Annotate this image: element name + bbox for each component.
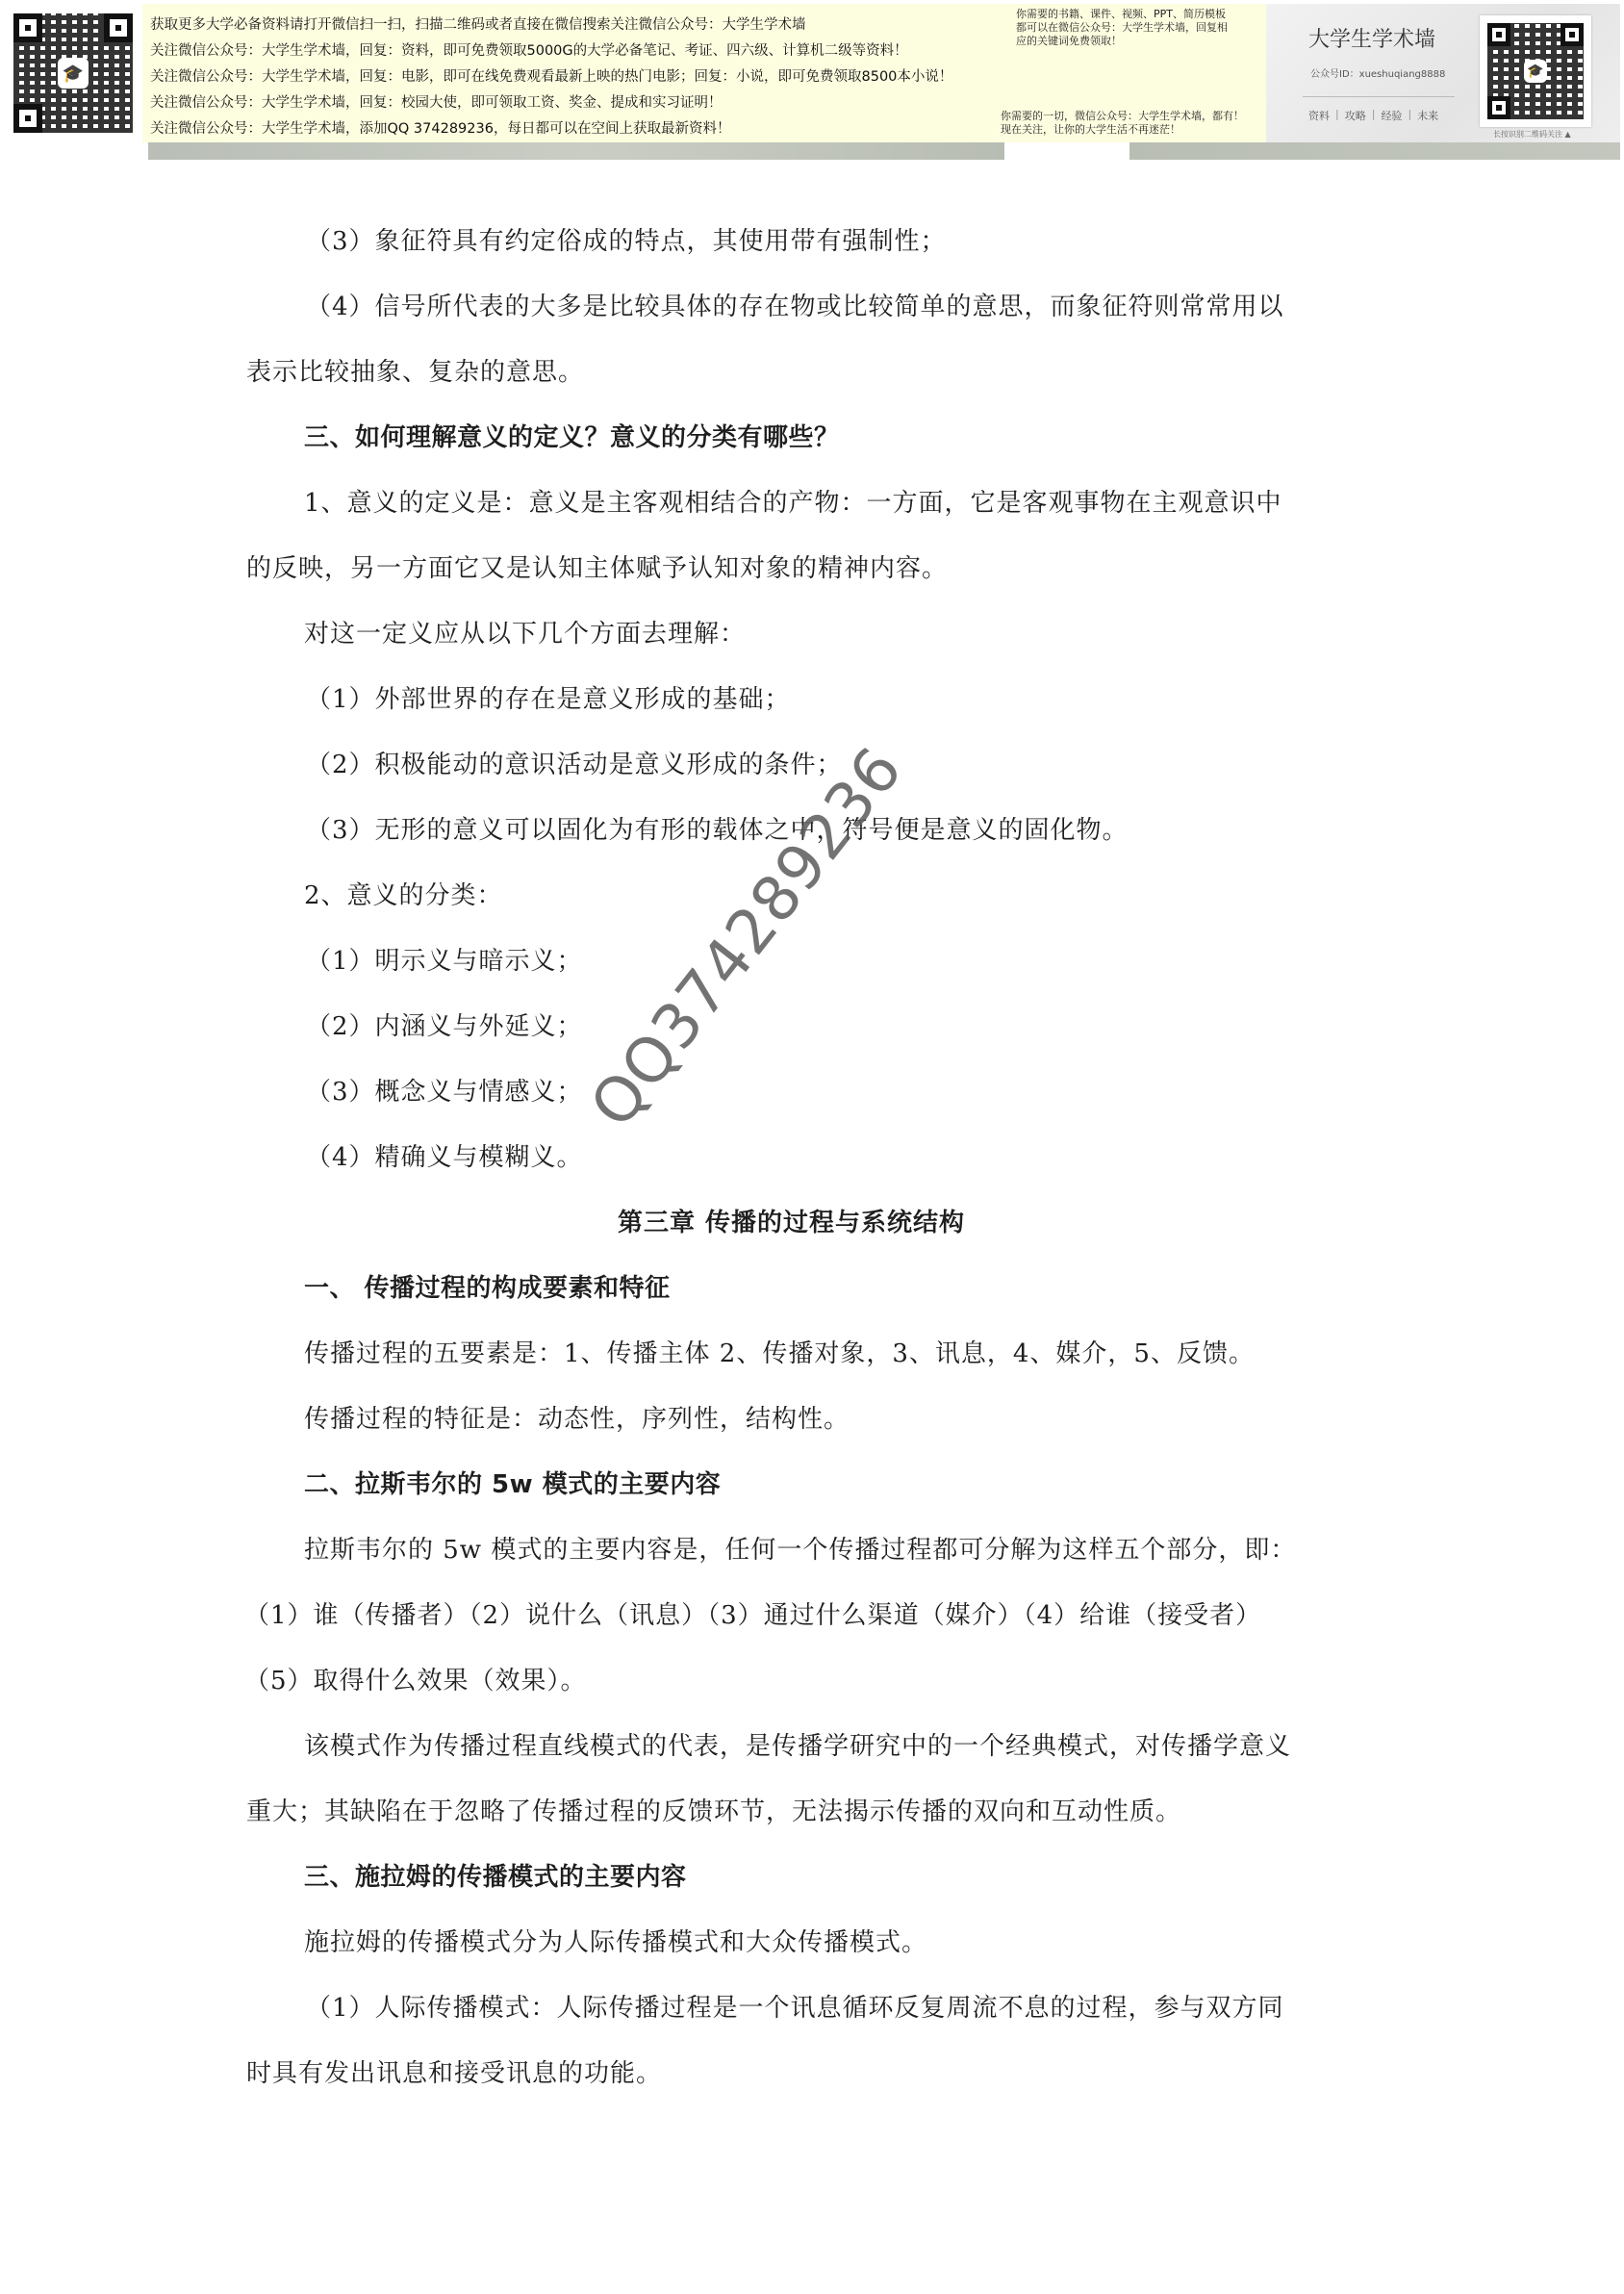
paragraph: 表示比较抽象、复杂的意思。 [246, 358, 584, 387]
paragraph: （4）信号所代表的大多是比较具体的存在物或比较简单的意思，而象征符则常常用以 [306, 293, 1284, 321]
paragraph: 该模式作为传播过程直线模式的代表，是传播学研究中的一个经典模式，对传播学意义 [304, 1732, 1291, 1761]
section-heading: 三、如何理解意义的定义？意义的分类有哪些？ [304, 423, 840, 452]
chapter-title: 第三章 传播的过程与系统结构 [618, 1209, 965, 1237]
paragraph: 传播过程的特征是：动态性，序列性，结构性。 [304, 1405, 850, 1434]
list-item: （4）精确义与模糊义。 [306, 1143, 583, 1172]
paragraph: 的反映，另一方面它又是认知主体赋予认知对象的精神内容。 [246, 554, 948, 583]
list-item: （3）概念义与情感义； [306, 1078, 583, 1107]
paragraph: 对这一定义应从以下几个方面去理解： [304, 620, 746, 649]
paragraph: （2）积极能动的意识活动是意义形成的条件； [306, 751, 843, 779]
paragraph: （1）人际传播模式：人际传播过程是一个讯息循环反复周流不息的过程，参与双方同 [306, 1994, 1284, 2023]
paragraph: 重大；其缺陷在于忽略了传播过程的反馈环节，无法揭示传播的双向和互动性质。 [246, 1797, 1181, 1826]
paragraph: 传播过程的五要素是：1、传播主体 2、传播对象，3、讯息，4、媒介，5、反馈。 [304, 1339, 1255, 1368]
section-heading: 一、 传播过程的构成要素和特征 [304, 1274, 671, 1303]
paragraph: 2、意义的分类： [304, 881, 503, 910]
paragraph: 施拉姆的传播模式分为人际传播模式和大众传播模式。 [304, 1928, 927, 1957]
section-heading: 二、拉斯韦尔的 5w 模式的主要内容 [304, 1470, 721, 1499]
document-page: （3）象征符具有约定俗成的特点，其使用带有强制性； （4）信号所代表的大多是比较… [0, 0, 1624, 2294]
list-item: （2）内涵义与外延义； [306, 1012, 583, 1041]
paragraph: 1、意义的定义是：意义是主客观相结合的产物：一方面，它是客观事物在主观意识中 [304, 489, 1282, 518]
paragraph: （1）谁（传播者）（2）说什么（讯息）（3）通过什么渠道（媒介）（4）给谁（接受… [244, 1601, 1261, 1630]
paragraph: （5）取得什么效果（效果）。 [244, 1667, 587, 1695]
paragraph: （3）无形的意义可以固化为有形的载体之中，符号便是意义的固化物。 [306, 816, 1129, 845]
paragraph: （1）外部世界的存在是意义形成的基础； [306, 685, 791, 714]
paragraph: 拉斯韦尔的 5w 模式的主要内容是，任何一个传播过程都可分解为这样五个部分，即： [304, 1536, 1296, 1565]
list-item: （1）明示义与暗示义； [306, 947, 583, 976]
paragraph: 时具有发出讯息和接受讯息的功能。 [246, 2059, 662, 2088]
section-heading: 三、施拉姆的传播模式的主要内容 [304, 1863, 687, 1892]
paragraph: （3）象征符具有约定俗成的特点，其使用带有强制性； [306, 227, 947, 256]
